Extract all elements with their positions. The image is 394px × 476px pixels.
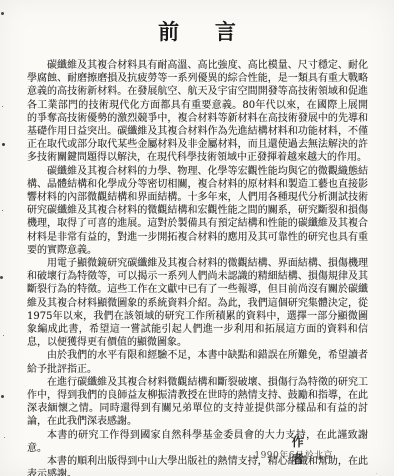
page-title-text: 前言 — [158, 19, 271, 44]
book-page: 前言 碳纖維及其複合材料具有耐高溫、高比強度、高比模量、尺寸穩定、耐化學腐蝕、耐… — [0, 0, 394, 476]
paragraph-2: 碳纖維及其複合材料的力學、物理、化學等宏觀性能均與它的微觀織態結構、晶體結構和化… — [27, 165, 368, 257]
paragraph-4: 由於我們的水平有限和經驗不足，本書中缺點和錯誤在所難免，希望讀者給予批評指正。 — [27, 349, 368, 375]
dateline: 1990年6月於北京 — [254, 448, 333, 461]
paragraph-5: 在進行碳纖維及其複合材料微觀結構和斷裂破壞、損傷行為特徵的研究工作中，得到我們的… — [27, 376, 368, 429]
paragraph-1: 碳纖維及其複合材料具有耐高溫、高比強度、高比模量、尺寸穩定、耐化學腐蝕、耐磨擦磨… — [27, 59, 368, 165]
page-title: 前言 — [0, 0, 394, 46]
paragraph-3: 用電子顯微鏡研究碳纖維及其複合材料的微觀結構、界面結構、損傷機理和破壞行為特徵等… — [27, 257, 368, 349]
preface-body: 碳纖維及其複合材料具有耐高溫、高比強度、高比模量、尺寸穩定、耐化學腐蝕、耐磨擦磨… — [0, 59, 394, 476]
